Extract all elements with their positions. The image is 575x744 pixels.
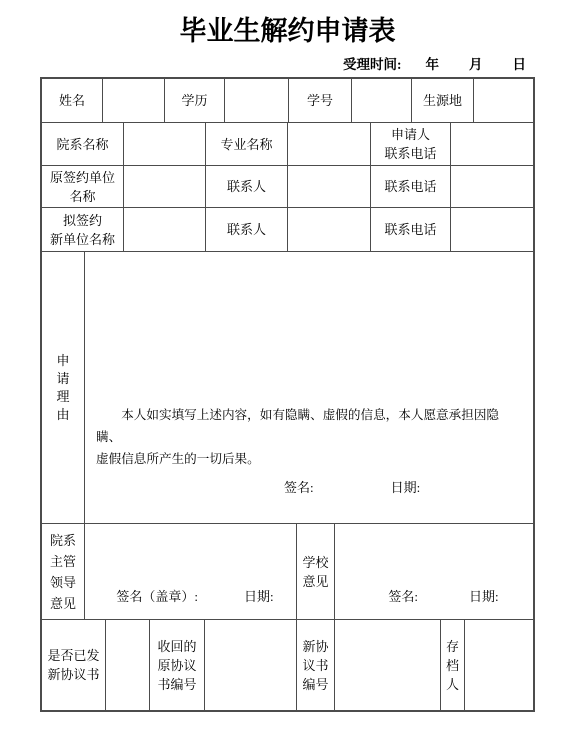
year-label: 年 — [426, 53, 440, 73]
department-label: 院系名称 — [42, 123, 124, 165]
school-opinion-label: 学校 意见 — [297, 524, 335, 619]
returned-agreement-no-label: 收回的 原协议 书编号 — [150, 620, 205, 710]
dept-opinion-value-cell[interactable]: 签名（盖章）: 日期: — [85, 524, 297, 619]
date-label: 日期: — [391, 478, 421, 497]
new-agreement-issued-value-cell[interactable] — [106, 620, 150, 710]
original-contact-value-cell[interactable] — [288, 166, 371, 207]
department-value-cell[interactable] — [124, 123, 206, 165]
applicant-phone-label: 申请人 联系电话 — [371, 123, 451, 165]
school-date-label: 日期: — [469, 587, 499, 606]
new-contact-label: 联系人 — [206, 208, 288, 251]
original-phone-label: 联系电话 — [371, 166, 451, 207]
new-contact-value-cell[interactable] — [288, 208, 371, 251]
table-row-opinions: 院系 主管 领导 意见 签名（盖章）: 日期: 学校 意见 签名: 日期: — [42, 524, 533, 620]
education-label: 学历 — [165, 79, 225, 122]
accept-time-label: 受理时间: — [343, 53, 402, 73]
declaration-text: 本人如实填写上述内容，如有隐瞒、虚假的信息，本人愿意承担因隐瞒、 虚假信息所产生… — [85, 404, 533, 470]
reason-value-cell[interactable]: 本人如实填写上述内容，如有隐瞒、虚假的信息，本人愿意承担因隐瞒、 虚假信息所产生… — [85, 252, 533, 523]
school-opinion-value-cell[interactable]: 签名: 日期: — [335, 524, 533, 619]
accept-time-line: 受理时间: 年 月 日 — [343, 53, 526, 73]
major-value-cell[interactable] — [288, 123, 371, 165]
table-row-original-unit: 原签约单位 名称 联系人 联系电话 — [42, 166, 533, 208]
new-unit-value-cell[interactable] — [124, 208, 206, 251]
reason-label: 申 请 理 由 — [42, 252, 85, 523]
major-label: 专业名称 — [206, 123, 288, 165]
new-agreement-issued-label: 是否已发 新协议书 — [42, 620, 106, 710]
name-value-cell[interactable] — [103, 79, 165, 122]
application-table: 姓名 学历 学号 生源地 院系名称 专业名称 申请人 联系电话 原签约单位 名称… — [40, 77, 535, 712]
day-label: 日 — [513, 53, 527, 73]
form-title: 毕业生解约申请表 — [0, 9, 575, 48]
school-sign-line: 签名: 日期: — [369, 587, 498, 619]
dept-leader-opinion-label: 院系 主管 领导 意见 — [42, 524, 85, 619]
student-id-label: 学号 — [289, 79, 352, 122]
signature-label: 签名: — [284, 478, 314, 497]
student-id-value-cell[interactable] — [352, 79, 412, 122]
new-phone-value-cell[interactable] — [451, 208, 533, 251]
archiver-label: 存 档 人 — [441, 620, 465, 710]
table-row-new-unit: 拟签约 新单位名称 联系人 联系电话 — [42, 208, 533, 252]
original-unit-value-cell[interactable] — [124, 166, 206, 207]
dept-sign-line: 签名（盖章）: 日期: — [107, 587, 273, 619]
form-page: 毕业生解约申请表 受理时间: 年 月 日 姓名 学历 学号 生源地 院系名称 专… — [0, 0, 575, 744]
month-label: 月 — [469, 53, 483, 73]
applicant-phone-value-cell[interactable] — [451, 123, 533, 165]
new-phone-label: 联系电话 — [371, 208, 451, 251]
name-label: 姓名 — [42, 79, 103, 122]
new-agreement-no-value-cell[interactable] — [335, 620, 441, 710]
original-phone-value-cell[interactable] — [451, 166, 533, 207]
table-row-archive: 是否已发 新协议书 收回的 原协议 书编号 新协 议书 编号 存 档 人 — [42, 620, 533, 710]
table-row-basic-info: 姓名 学历 学号 生源地 — [42, 79, 533, 123]
new-unit-label: 拟签约 新单位名称 — [42, 208, 124, 251]
table-row-reason: 申 请 理 由 本人如实填写上述内容，如有隐瞒、虚假的信息，本人愿意承担因隐瞒、… — [42, 252, 533, 524]
new-agreement-no-label: 新协 议书 编号 — [297, 620, 335, 710]
original-contact-label: 联系人 — [206, 166, 288, 207]
dept-sign-label: 签名（盖章）: — [116, 587, 198, 606]
origin-value-cell[interactable] — [474, 79, 533, 122]
reason-sign-line: 签名: 日期: — [85, 478, 533, 497]
returned-agreement-no-value-cell[interactable] — [205, 620, 297, 710]
origin-label: 生源地 — [412, 79, 474, 122]
dept-date-label: 日期: — [244, 587, 274, 606]
education-value-cell[interactable] — [225, 79, 289, 122]
table-row-dept-info: 院系名称 专业名称 申请人 联系电话 — [42, 123, 533, 166]
original-unit-label: 原签约单位 名称 — [42, 166, 124, 207]
school-sign-label: 签名: — [388, 587, 418, 606]
archiver-value-cell[interactable] — [465, 620, 533, 710]
